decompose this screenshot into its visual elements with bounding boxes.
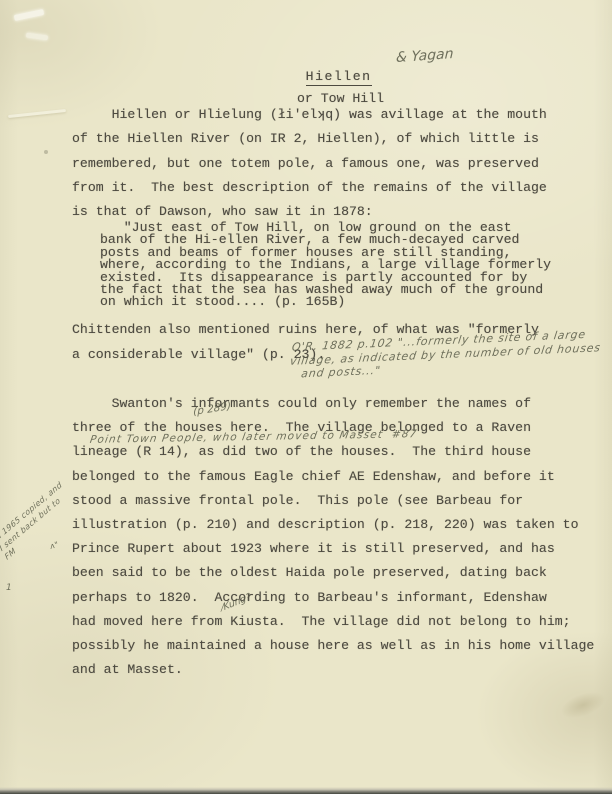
page-title-text: Hiellen — [306, 69, 372, 86]
scanned-typescript-page: Hiellen & Yagan or Tow Hill Hiellen or H… — [0, 0, 612, 794]
paper-crease — [8, 109, 66, 118]
staple-mark — [26, 32, 48, 40]
scan-bottom-edge — [0, 787, 612, 794]
staple-mark — [14, 9, 45, 21]
title-handwritten-annotation: & Yagan — [396, 46, 454, 66]
margin-caret-mark: ʌ" — [49, 540, 59, 551]
margin-note-diagonal: In 1965 copied, and I sent back but to F… — [0, 480, 76, 563]
paper-speck — [44, 150, 48, 154]
paper-smudge — [558, 687, 609, 723]
paragraph-1: Hiellen or Hlielung (łi'elʞq) was avilla… — [72, 103, 547, 224]
blockquote-dawson: "Just east of Tow Hill, on low ground on… — [100, 222, 551, 309]
margin-tick-mark: 1 — [6, 583, 12, 593]
